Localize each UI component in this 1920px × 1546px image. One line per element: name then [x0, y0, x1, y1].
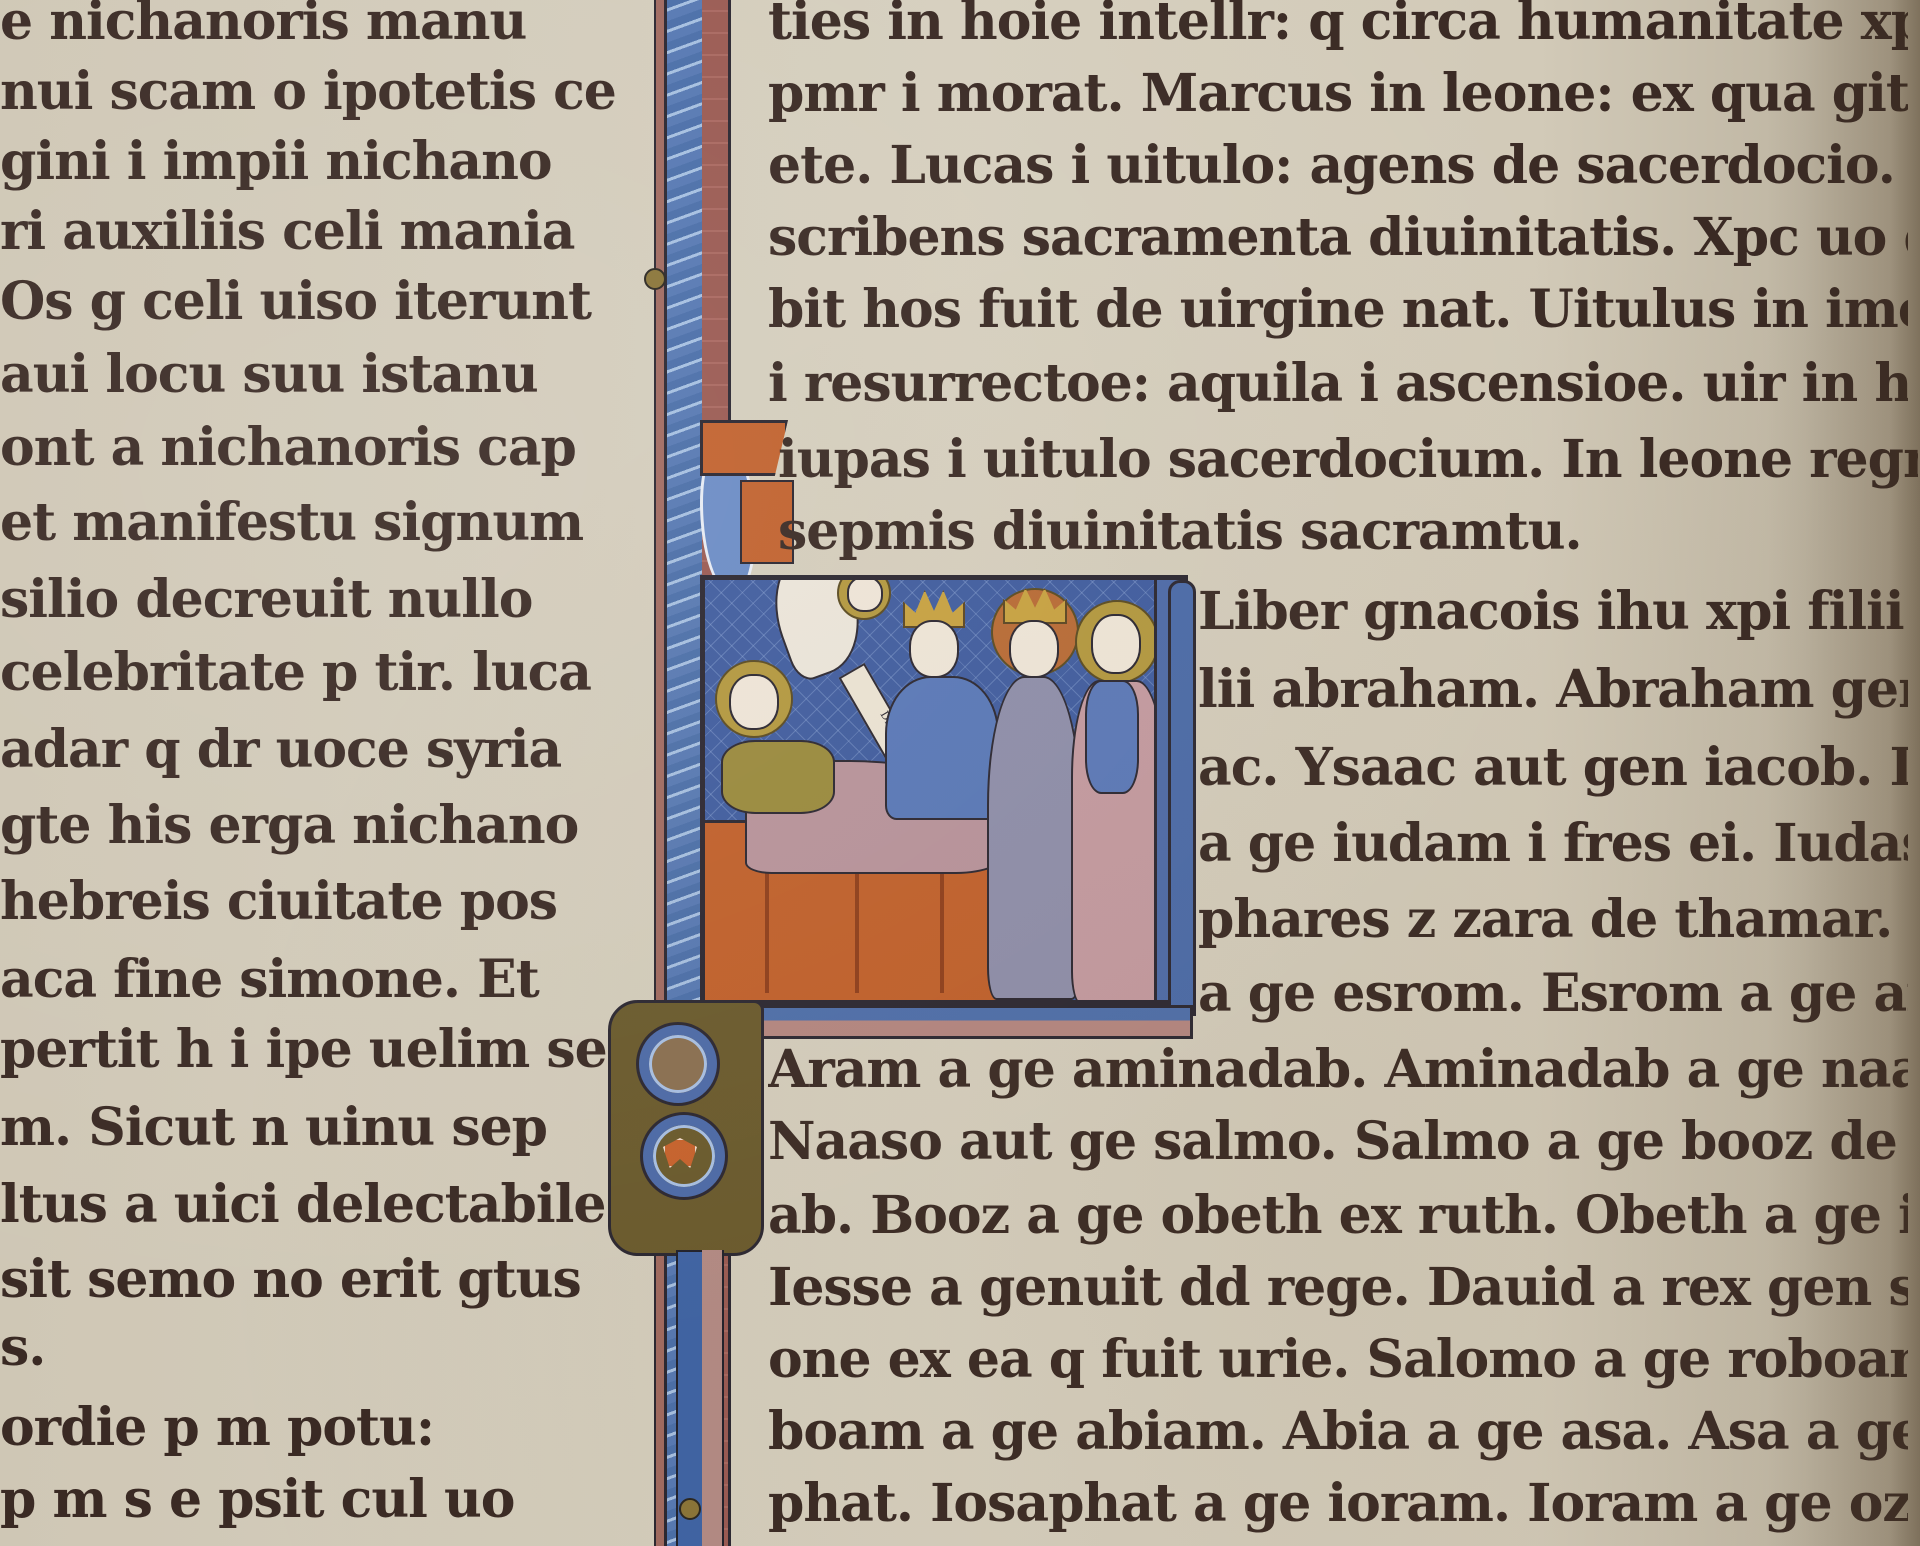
king-robe [885, 676, 999, 820]
text-line: adar q dr uoce syria [0, 720, 615, 780]
figure-tunic [1085, 680, 1139, 794]
text-line: pertit h i ipe uelim se [0, 1020, 615, 1080]
text-line: Aram a ge aminadab. Aminadab a ge naaso [768, 1040, 1908, 1100]
text-line: gini i impii nichano [0, 132, 615, 192]
border-pink-rule [654, 0, 664, 1546]
text-line: aui locu suu istanu [0, 345, 615, 405]
text-line: aca fine simone. Et [0, 950, 615, 1010]
text-line: boam a ge abiam. Abia a ge asa. Asa a ge… [768, 1402, 1908, 1462]
figure-robe [721, 740, 835, 814]
face [729, 674, 779, 730]
text-line: nui scam o ipotetis cei [0, 62, 615, 122]
stem-lower-rose [702, 1250, 724, 1546]
initial-stem-lower [676, 1250, 724, 1546]
gold-boss-icon [644, 268, 666, 290]
text-line: lii abraham. Abraham genuit ysa [1198, 660, 1908, 720]
queen-robe [987, 676, 1081, 1000]
manuscript-page: e nichanoris manu nui scam o ipotetis ce… [0, 0, 1920, 1546]
spiral-icon [639, 1025, 717, 1103]
text-line: ltus a uici delectabile [0, 1175, 615, 1235]
text-line: a ge iudam i fres ei. Iudas a gen [1198, 814, 1908, 874]
text-line: one ex ea q fuit urie. Salomo a ge roboa… [768, 1330, 1908, 1390]
historiated-initial-panel: Dr sibilla [700, 575, 1188, 1005]
text-line: ab. Booz a ge obeth ex ruth. Obeth a ge … [768, 1186, 1908, 1246]
page-curvature-shadow [1890, 0, 1920, 1546]
initial-tab-top [700, 420, 788, 476]
text-line: ac. Ysaac aut gen iacob. Iacob [1198, 738, 1908, 798]
text-line: bit hos fuit de uirgine nat. Uitulus in … [768, 280, 1908, 340]
text-line: phat. Iosaphat a ge ioram. Ioram a ge oz… [768, 1474, 1908, 1534]
face [1009, 620, 1059, 678]
text-line: pmr i morat. Marcus in leone: ex qua git… [768, 64, 1908, 124]
text-line: ties in hoie intellr: q circa humanitate… [768, 0, 1908, 52]
gold-boss-icon [679, 1498, 701, 1520]
face [909, 620, 959, 678]
text-line: iupas i uitulo sacerdocium. In leone reg… [778, 430, 1918, 490]
text-line: celebritate p tir. luca [0, 643, 615, 703]
text-line: e nichanoris manu [0, 0, 615, 52]
text-line: sepmis diuinitatis sacramtu. [778, 502, 1918, 562]
text-line: p m s e psit cul uo [0, 1470, 615, 1530]
text-line: hebreis ciuitate pos [0, 872, 615, 932]
text-line: silio decreuit nullo [0, 570, 615, 630]
face [1091, 614, 1141, 674]
initial-L-upright [1168, 580, 1196, 1016]
spiral-ornament [608, 1000, 764, 1256]
text-line: ete. Lucas i uitulo: agens de sacerdocio… [768, 136, 1908, 196]
text-line: phares z zara de thamar. Phares [1198, 890, 1908, 950]
text-line: Os g celi uiso iterunt [0, 272, 615, 332]
text-line: gte his erga nichano [0, 796, 615, 856]
text-line: et manifestu signum [0, 493, 615, 553]
text-line: ordie p m potu: [0, 1398, 615, 1458]
text-line: a ge esrom. Esrom a ge aram [1198, 964, 1908, 1024]
text-line: ont a nichanoris cap [0, 418, 615, 478]
text-line: m. Sicut n uinu sep [0, 1098, 615, 1158]
text-line-incipit: Liber gnacois ihu xpi filii dd: fi [1198, 582, 1908, 642]
text-line: sit semo no erit gtus [0, 1250, 615, 1310]
text-line: Naaso aut ge salmo. Salmo a ge booz de r… [768, 1112, 1908, 1172]
text-line: Iesse a genuit dd rege. Dauid a rex gen … [768, 1258, 1908, 1318]
text-line: i resurrectoe: aquila i ascensioe. uir i… [768, 354, 1908, 414]
face [847, 576, 883, 612]
text-line: ri auxiliis celi mania [0, 202, 615, 262]
text-line: s. [0, 1318, 615, 1378]
text-line: scribens sacramenta diuinitatis. Xpc uo … [768, 208, 1908, 268]
